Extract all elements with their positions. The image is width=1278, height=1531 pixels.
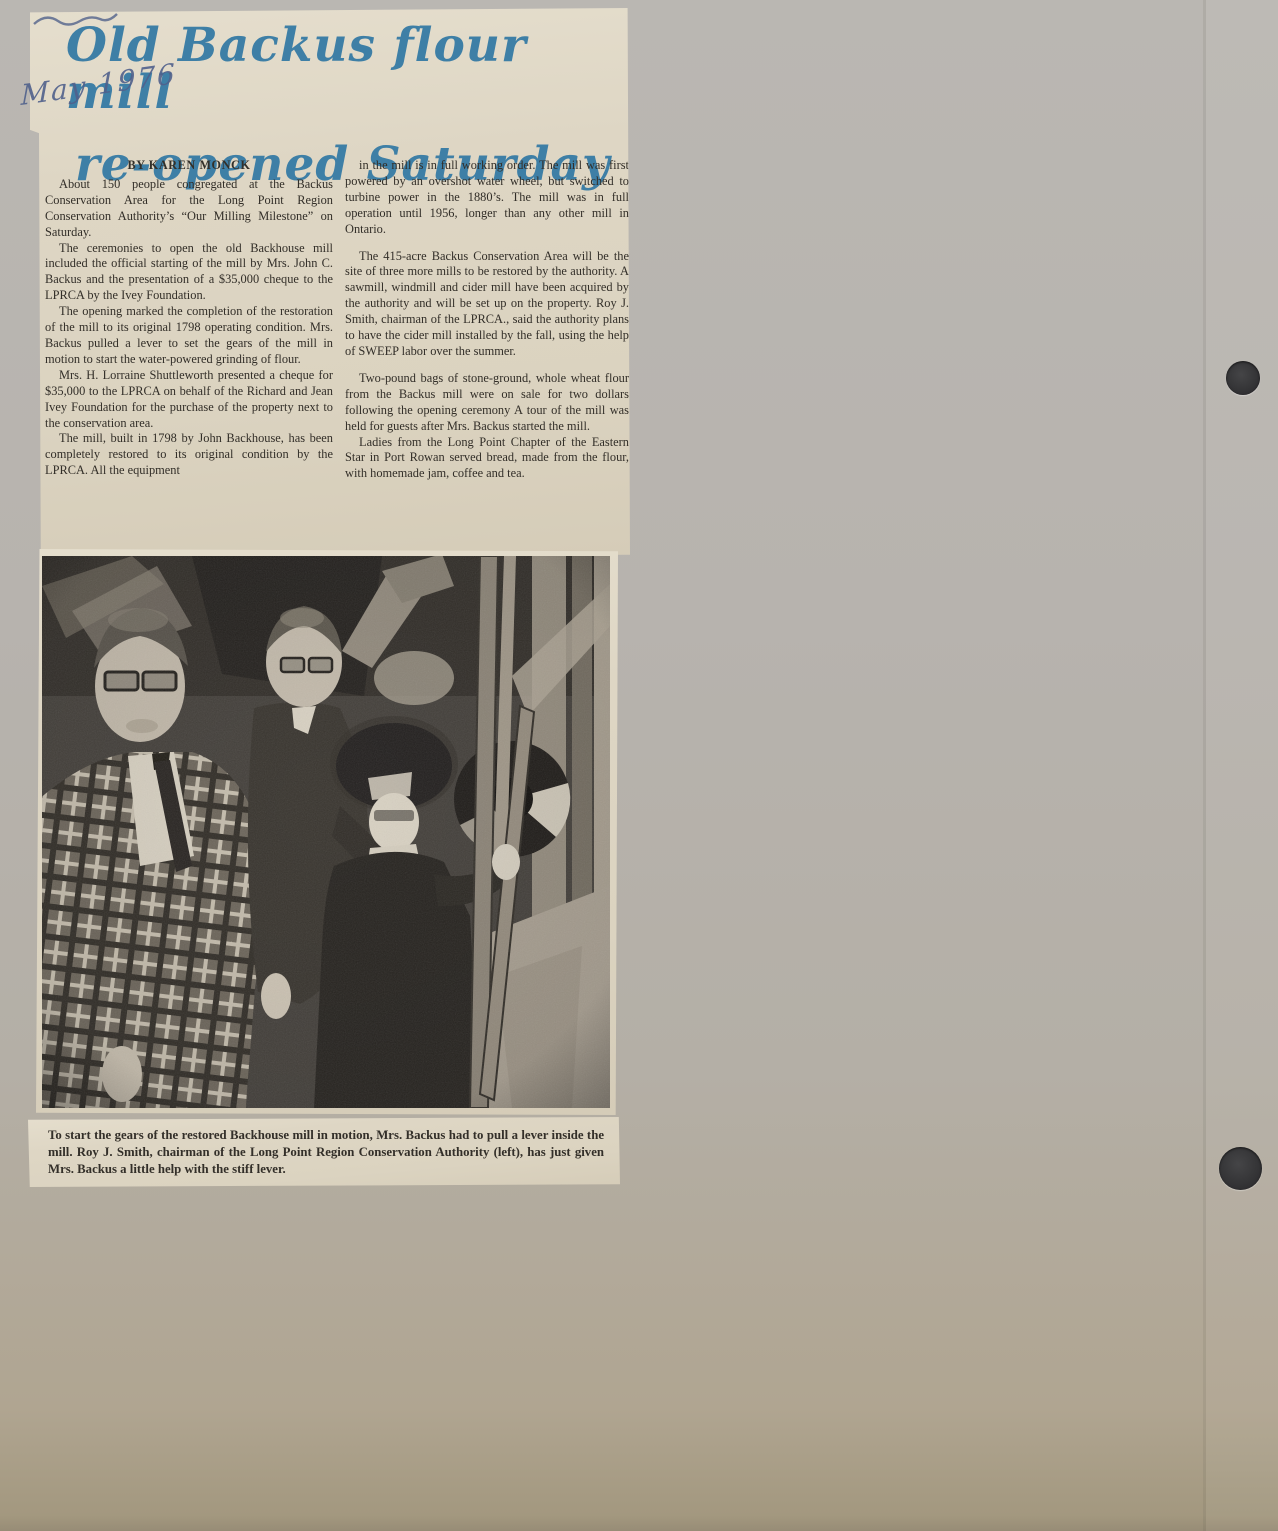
article-byline: BY KAREN MONCK xyxy=(45,158,333,174)
news-clipping-caption: To start the gears of the restored Backh… xyxy=(28,1117,620,1187)
article-paragraph: The mill, built in 1798 by John Backhous… xyxy=(45,431,333,479)
article-paragraph: The 415-acre Backus Conservation Area wi… xyxy=(345,249,629,360)
article-column-left: BY KAREN MONCK About 150 people congrega… xyxy=(45,158,333,479)
article-paragraph: The opening marked the completion of the… xyxy=(45,304,333,368)
page-crease-highlight xyxy=(1206,0,1278,1531)
news-photo xyxy=(42,556,610,1108)
article-paragraph: Mrs. H. Lorraine Shuttleworth presented … xyxy=(45,368,333,432)
news-clipping-photo xyxy=(36,549,618,1115)
photo-caption: To start the gears of the restored Backh… xyxy=(28,1117,620,1178)
article-paragraph: The ceremonies to open the old Backhouse… xyxy=(45,241,333,305)
article-paragraph: Ladies from the Long Point Chapter of th… xyxy=(345,435,629,483)
article-paragraph: About 150 people congregated at the Back… xyxy=(45,177,333,241)
scrapbook-page: Old Backus flour mill re-opened Saturday… xyxy=(0,0,1278,1531)
hole-punch-bottom xyxy=(1219,1147,1262,1190)
article-paragraph: Two-pound bags of stone-ground, whole wh… xyxy=(345,371,629,435)
article-paragraph: in the mill is in full working order. Th… xyxy=(345,158,629,238)
article-column-right: in the mill is in full working order. Th… xyxy=(345,158,629,482)
hole-punch-top xyxy=(1226,361,1260,395)
pen-squiggle-mark xyxy=(30,10,120,32)
